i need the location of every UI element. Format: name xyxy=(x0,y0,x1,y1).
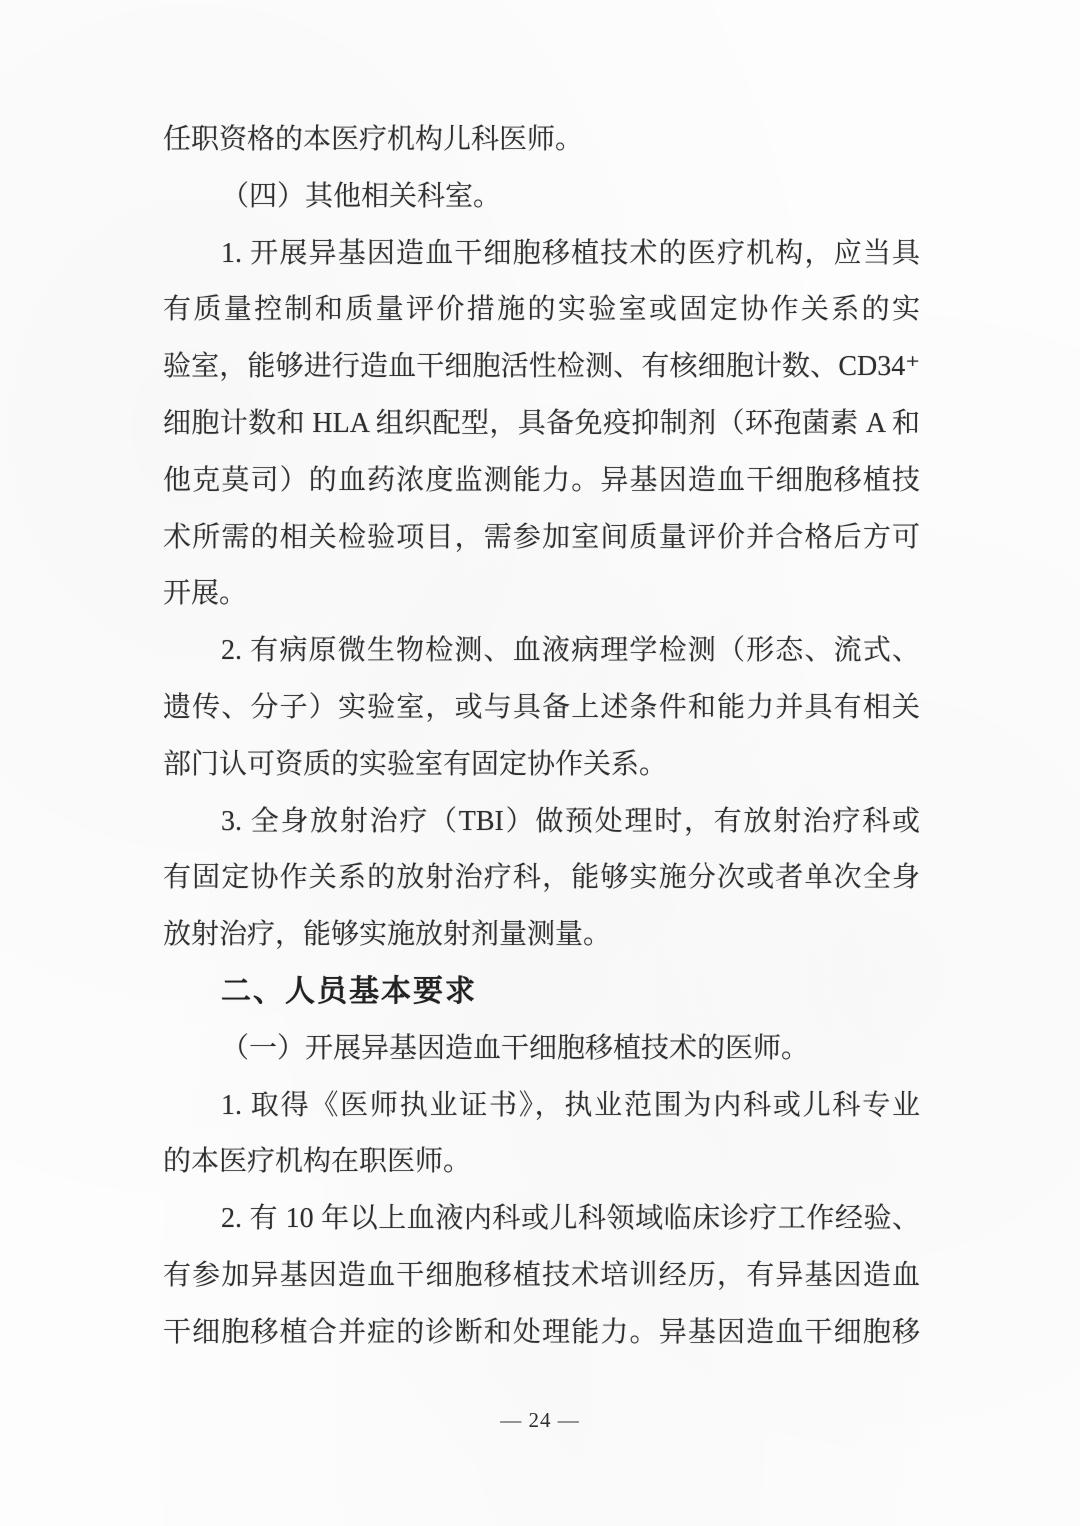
text-line: 的本医疗机构在职医师。 xyxy=(163,1134,920,1191)
section-heading: 二、人员基本要求 xyxy=(163,964,920,1021)
text-line: （四）其他相关科室。 xyxy=(163,169,920,226)
text-line: 有参加异基因造血干细胞移植技术培训经历，有异基因造血 xyxy=(163,1248,920,1305)
page-number: — 24 — xyxy=(0,1408,1080,1433)
text-line: 2. 有 10 年以上血液内科或儿科领域临床诊疗工作经验、 xyxy=(163,1191,920,1248)
text-line: 他克莫司）的血药浓度监测能力。异基因造血干细胞移植技 xyxy=(163,453,920,510)
text-line: 放射治疗，能够实施放射剂量测量。 xyxy=(163,907,920,964)
text-line: 验室，能够进行造血干细胞活性检测、有核细胞计数、CD34⁺ xyxy=(163,339,920,396)
text-line: 遗传、分子）实验室，或与具备上述条件和能力并具有相关 xyxy=(163,680,920,737)
text-line: （一）开展异基因造血干细胞移植技术的医师。 xyxy=(163,1021,920,1078)
text-line: 部门认可资质的实验室有固定协作关系。 xyxy=(163,737,920,794)
text-line: 3. 全身放射治疗（TBI）做预处理时，有放射治疗科或 xyxy=(163,794,920,851)
text-line: 术所需的相关检验项目，需参加室间质量评价并合格后方可 xyxy=(163,510,920,567)
document-body: 任职资格的本医疗机构儿科医师。 （四）其他相关科室。 1. 开展异基因造血干细胞… xyxy=(163,112,920,1362)
text-line: 开展。 xyxy=(163,566,920,623)
document-page: 任职资格的本医疗机构儿科医师。 （四）其他相关科室。 1. 开展异基因造血干细胞… xyxy=(0,0,1080,1526)
text-line: 1. 取得《医师执业证书》，执业范围为内科或儿科专业 xyxy=(163,1078,920,1135)
text-line: 2. 有病原微生物检测、血液病理学检测（形态、流式、 xyxy=(163,623,920,680)
text-line: 干细胞移植合并症的诊断和处理能力。异基因造血干细胞移 xyxy=(163,1305,920,1362)
text-line: 任职资格的本医疗机构儿科医师。 xyxy=(163,112,920,169)
text-line: 1. 开展异基因造血干细胞移植技术的医疗机构，应当具 xyxy=(163,226,920,283)
text-line: 有固定协作关系的放射治疗科，能够实施分次或者单次全身 xyxy=(163,850,920,907)
text-line: 细胞计数和 HLA 组织配型，具备免疫抑制剂（环孢菌素 A 和 xyxy=(163,396,920,453)
text-line: 有质量控制和质量评价措施的实验室或固定协作关系的实 xyxy=(163,282,920,339)
